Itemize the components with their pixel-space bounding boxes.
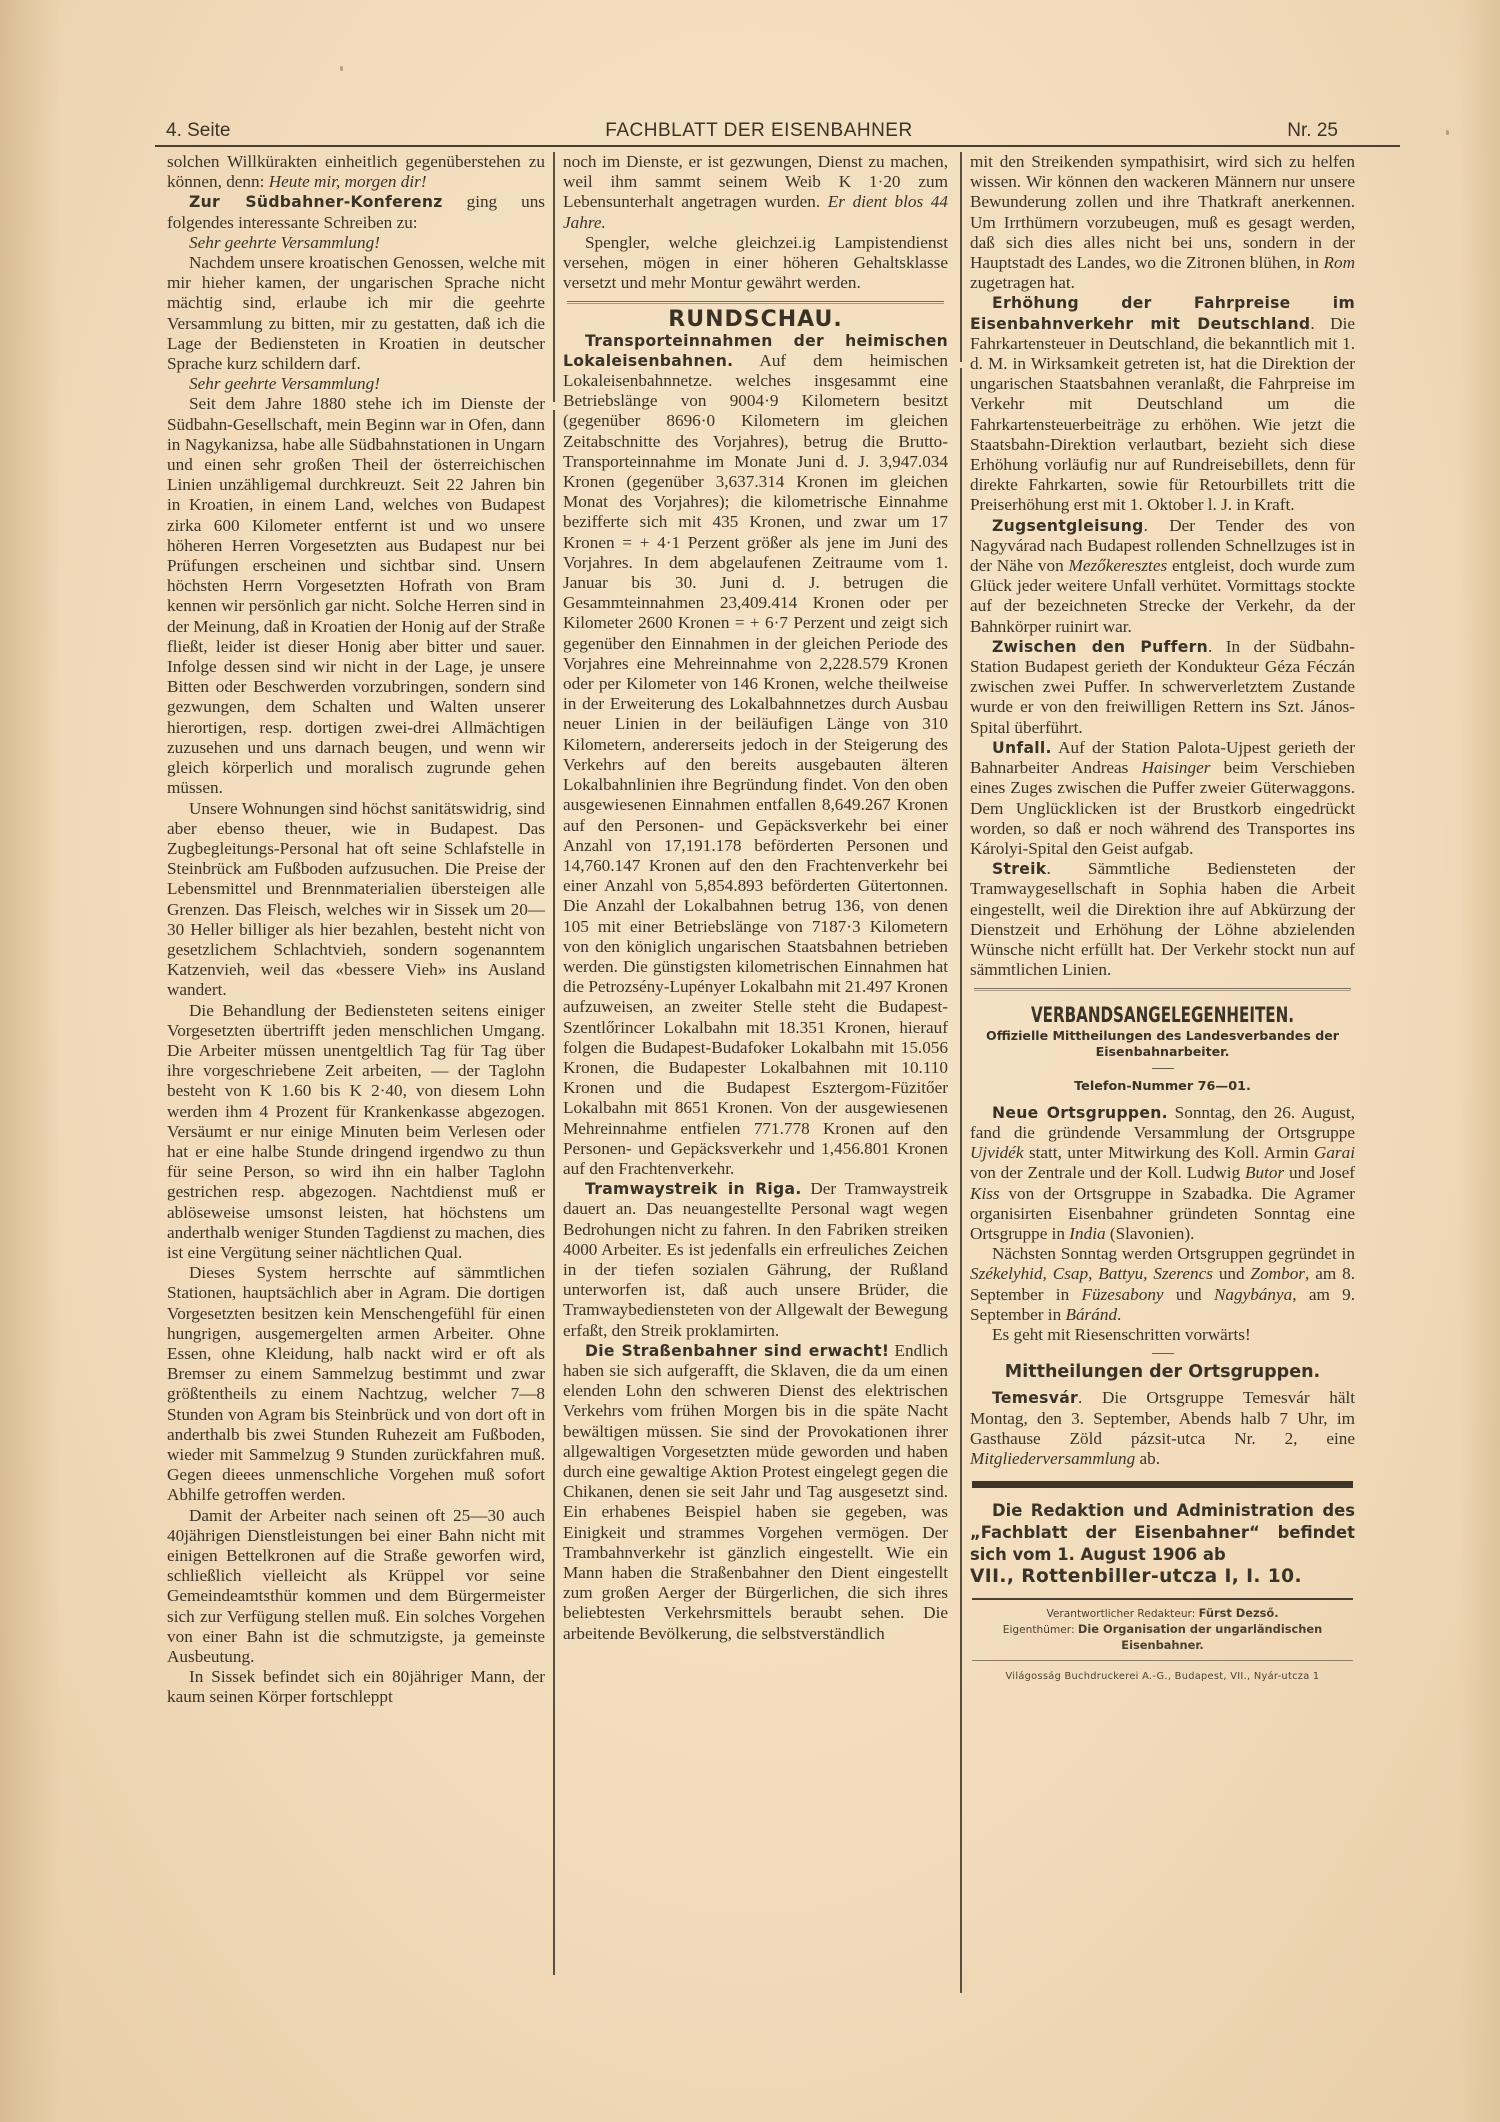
article-streik: Streik. Sämmtliche Bediensteten der Tram…: [970, 859, 1355, 980]
section-rule: [567, 301, 944, 304]
paragraph: Es geht mit Riesenschritten vorwärts!: [970, 1325, 1355, 1345]
article-temesvar: Temesvár. Die Ortsgruppe Temesvár hält M…: [970, 1388, 1355, 1469]
editor-line: Verantwortlicher Redakteur: Fürst Dezső.: [970, 1606, 1355, 1622]
salutation: Sehr geehrte Versammlung!: [167, 374, 545, 394]
paragraph: Damit der Arbeiter nach seinen oft 25—30…: [167, 1506, 545, 1668]
article-suedbahner: Zur Südbahner-Konferenz ging uns folgend…: [167, 192, 545, 232]
address-notice: Die Redaktion und Administration des „Fa…: [970, 1500, 1355, 1588]
section-title-verband: VERBANDSANGELEGENHEITEN.: [1024, 1005, 1301, 1025]
section-title-mittheilungen: Mittheilungen der Ortsgruppen.: [970, 1362, 1355, 1382]
column-divider: [553, 152, 555, 402]
italic-phrase: Heute mir, morgen dir!: [269, 172, 427, 191]
article-heading: Neue Ortsgruppen.: [992, 1104, 1168, 1122]
paragraph: mit den Streikenden sympathisirt, wird s…: [970, 152, 1355, 293]
article-transporteinnahmen: Transporteinnahmen der heimischen Lokale…: [563, 331, 948, 1180]
paragraph: In Sissek befindet sich ein 80jähriger M…: [167, 1667, 545, 1707]
page-header: 4. Seite FACHBLATT DER EISENBAHNER Nr. 2…: [160, 118, 1358, 144]
paragraph: Nächsten Sonntag werden Ortsgruppen gegr…: [970, 1244, 1355, 1325]
column-1: solchen Willkürakten einheitlich gegenüb…: [167, 152, 545, 1708]
article-heading: Unfall.: [992, 739, 1052, 757]
paragraph: Seit dem Jahre 1880 stehe ich im Dienste…: [167, 394, 545, 798]
issue-number: Nr. 25: [1287, 120, 1338, 142]
article-fahrpreise: Erhöhung der Fahrpreise im Eisenbahnverk…: [970, 293, 1355, 515]
column-3: mit den Streikenden sympathisirt, wird s…: [970, 152, 1355, 1687]
column-2: noch im Dienste, er ist gezwungen, Diens…: [563, 152, 948, 1644]
owner-line: Eigenthümer: Die Organisation der ungarl…: [970, 1622, 1355, 1654]
address: VII., Rottenbiller-utcza I, I. 10.: [970, 1566, 1355, 1588]
article-puffern: Zwischen den Puffern. In der Südbahn-Sta…: [970, 637, 1355, 738]
article-heading: Temesvár: [992, 1389, 1078, 1407]
masthead-title: FACHBLATT DER EISENBAHNER: [160, 120, 1358, 142]
article-tramwaystreik-riga: Tramwaystreik in Riga. Der Tramwaystreik…: [563, 1179, 948, 1341]
article-heading: Erhöhung der Fahrpreise im Eisenbahnverk…: [970, 294, 1355, 332]
paper-speck: [340, 66, 343, 71]
paragraph: Die Behandlung der Bediensteten seitens …: [167, 1001, 545, 1264]
thick-rule: [972, 1481, 1353, 1488]
salutation: Sehr geehrte Versammlung!: [167, 233, 545, 253]
article-unfall: Unfall. Auf der Station Palota-Ujpest ge…: [970, 738, 1355, 859]
article-heading: Zur Südbahner-Konferenz: [189, 193, 443, 211]
telephone-number: Telefon-Nummer 76—01.: [970, 1077, 1355, 1097]
paragraph: Spengler, welche gleichzei.ig Lampistend…: [563, 233, 948, 294]
article-strassenbahner: Die Straßenbahner sind erwacht! Endlich …: [563, 1341, 948, 1644]
column-divider: [553, 410, 555, 1975]
thin-rule: [972, 1660, 1353, 1661]
imprint-rule: [972, 1598, 1353, 1600]
page-edge-shadow-left: [0, 0, 60, 2122]
header-rule: [155, 145, 1400, 147]
article-heading: Zugsentgleisung: [992, 517, 1144, 535]
column-divider: [960, 152, 962, 362]
article-zugsentgleisung: Zugsentgleisung. Der Tender des von Nagy…: [970, 516, 1355, 637]
dash-divider: [1152, 1353, 1174, 1354]
paragraph: solchen Willkürakten einheitlich gegenüb…: [167, 152, 545, 192]
paper-speck: [1446, 130, 1449, 135]
article-heading: Streik: [992, 860, 1046, 878]
article-heading: Tramwaystreik in Riga.: [585, 1180, 802, 1198]
article-heading: Die Straßenbahner sind erwacht!: [585, 1342, 889, 1360]
dash-divider: [1152, 1068, 1174, 1069]
printer-line: Világosság Buchdruckerei A.-G., Budapest…: [970, 1667, 1355, 1687]
article-neue-ortsgruppen: Neue Ortsgruppen. Sonntag, den 26. Augus…: [970, 1103, 1355, 1244]
section-title-rundschau: RUNDSCHAU.: [563, 310, 948, 330]
article-heading: Zwischen den Puffern: [992, 638, 1208, 656]
column-divider: [960, 368, 962, 1993]
section-rule: [974, 988, 1351, 991]
page-edge-shadow-right: [1460, 0, 1500, 2122]
paragraph: Nachdem unsere kroatischen Genossen, wel…: [167, 253, 545, 374]
paragraph: noch im Dienste, er ist gezwungen, Diens…: [563, 152, 948, 233]
section-subtitle: Offizielle Mittheilungen des Landesverba…: [970, 1028, 1355, 1060]
paragraph: Dieses System herrschte auf sämmtlichen …: [167, 1263, 545, 1505]
paragraph: Unsere Wohnungen sind höchst sanitätswid…: [167, 799, 545, 1001]
